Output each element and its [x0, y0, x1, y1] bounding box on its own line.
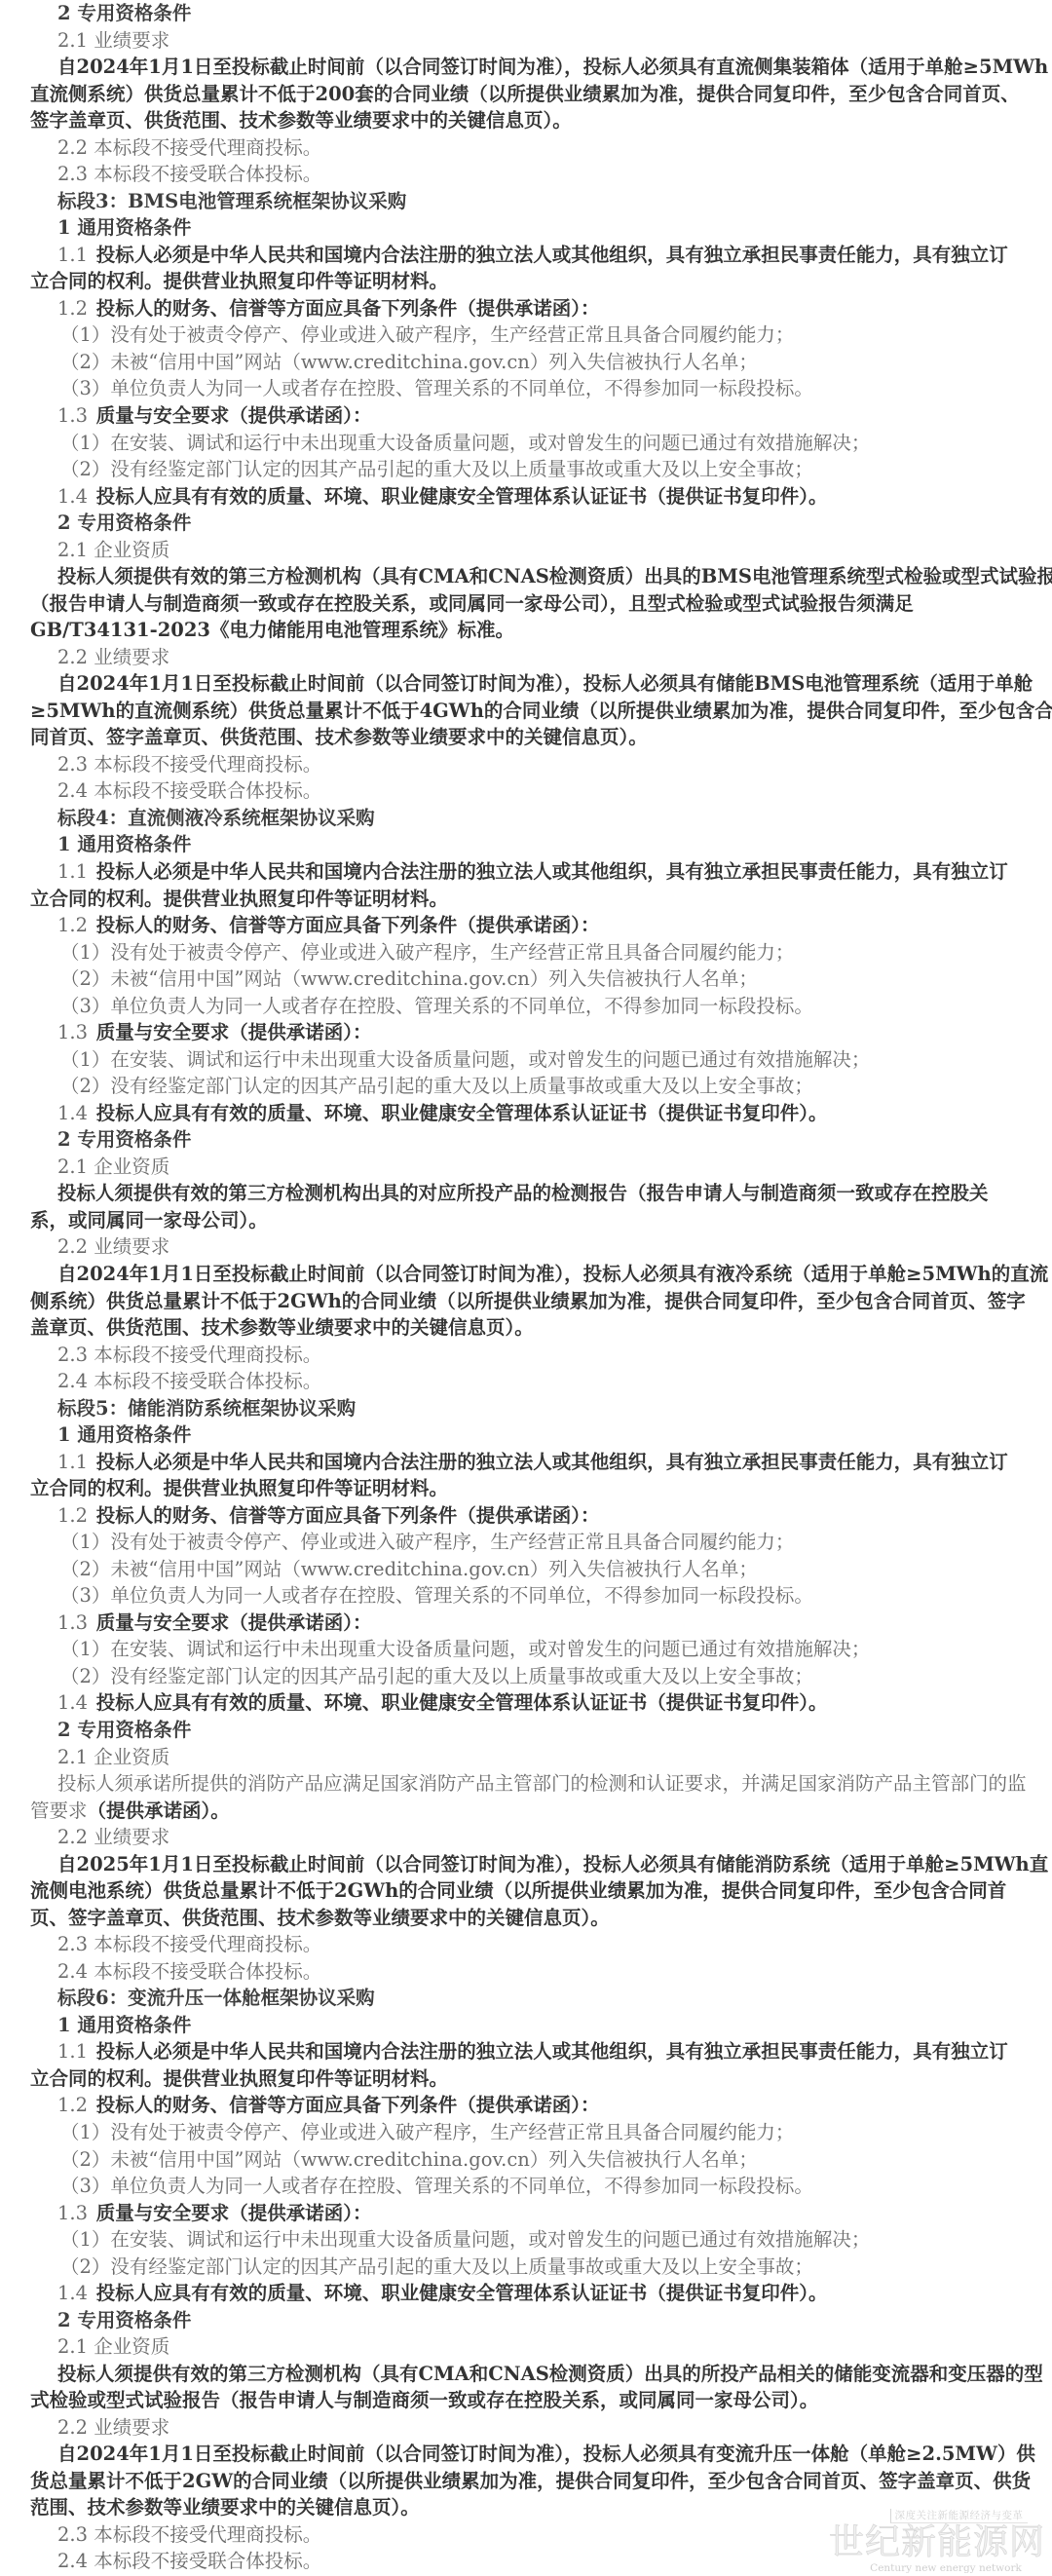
no-consortium-clause: 2.4 本标段不接受联合体投标。 — [0, 777, 1052, 805]
qualification-text-continued: （报告申请人与制造商须一致或存在控股关系，或同属同一家母公司），且型式检验或型式… — [0, 590, 1052, 618]
clause-text: 投标人的财务、信誉等方面应具备下列条件（提供承诺函）： — [96, 297, 600, 320]
clause-text: 投标人必须是中华人民共和国境内合法注册的独立法人或其他组织，具有独立承担民事责任… — [96, 244, 1008, 266]
special-qualifications-heading: 2 专用资格条件 — [0, 1126, 1052, 1154]
lot-title: 标段4：直流侧液冷系统框架协议采购 — [0, 805, 1052, 832]
lot2-tail-section: 2 专用资格条件 2.1 业绩要求 自2024年1月1日至投标截止时间前（以合同… — [0, 0, 1052, 188]
certification-clause: 1.4投标人应具有有效的质量、环境、职业健康安全管理体系认证证书（提供证书复印件… — [0, 1100, 1052, 1127]
clause-text: 投标人应具有有效的质量、环境、职业健康安全管理体系认证证书（提供证书复印件）。 — [96, 485, 828, 508]
clause-text: 投标人必须是中华人民共和国境内合法注册的独立法人或其他组织，具有独立承担民事责任… — [96, 860, 1008, 883]
list-item: （1）没有处于被责令停产、停业或进入破产程序，生产经营正常且具备合同履约能力； — [0, 1529, 1052, 1556]
list-item: （2）未被“信用中国”网站（www.creditchina.gov.cn）列入失… — [0, 2146, 1052, 2174]
performance-text-continued: ≥5MWh的直流侧系统）供货总量累计不低于4GWh的合同业绩（以所提供业绩累加为… — [0, 698, 1052, 725]
clause-number: 1.2 — [57, 297, 88, 320]
qualification-text-tail: 管要求 — [30, 1799, 88, 1822]
special-qualifications-heading: 2 专用资格条件 — [0, 2307, 1052, 2334]
general-qualifications-heading: 1 通用资格条件 — [0, 1421, 1052, 1449]
qualification-text-continued: 式检验或型式试验报告（报告申请人与制造商须一致或存在控股关系，或同属同一家母公司… — [0, 2387, 1052, 2414]
performance-text-continued: 直流侧系统）供货总量累计不低于200套的合同业绩（以所提供业绩累加为准，提供合同… — [0, 81, 1052, 108]
list-item: （2）没有经鉴定部门认定的因其产品引起的重大及以上质量事故或重大及以上安全事故； — [0, 456, 1052, 483]
list-item: （1）在安装、调试和运行中未出现重大设备质量问题，或对曾发生的问题已通过有效措施… — [0, 2226, 1052, 2254]
finance-credit-clause: 1.2投标人的财务、信誉等方面应具备下列条件（提供承诺函）： — [0, 2092, 1052, 2119]
clause-text: 投标人的财务、信誉等方面应具备下列条件（提供承诺函）： — [96, 914, 600, 936]
lot-title: 标段6：变流升压一体舱框架协议采购 — [0, 1985, 1052, 2012]
legal-entity-clause: 1.1投标人必须是中华人民共和国境内合法注册的独立法人或其他组织，具有独立承担民… — [0, 1449, 1052, 1476]
qualification-text: 投标人须提供有效的第三方检测机构（具有CMA和CNAS检测资质）出具的所投产品相… — [0, 2361, 1052, 2388]
certification-clause: 1.4投标人应具有有效的质量、环境、职业健康安全管理体系认证证书（提供证书复印件… — [0, 2280, 1052, 2307]
list-item: （1）没有处于被责令停产、停业或进入破产程序，生产经营正常且具备合同履约能力； — [0, 322, 1052, 349]
clause-number: 1.3 — [57, 1611, 88, 1634]
special-qualifications-heading: 2 专用资格条件 — [0, 510, 1052, 537]
clause-number: 1.4 — [57, 2282, 88, 2304]
list-item: （2）没有经鉴定部门认定的因其产品引起的重大及以上质量事故或重大及以上安全事故； — [0, 1073, 1052, 1100]
performance-text-continued: 流侧电池系统）供货总量累计不低于2GWh的合同业绩（以所提供业绩累加为准，提供合… — [0, 1877, 1052, 1905]
performance-title: 2.2 业绩要求 — [0, 644, 1052, 671]
special-qualifications-heading: 2 专用资格条件 — [0, 1717, 1052, 1744]
qualification-text-continued: GB/T34131-2023《电力储能用电池管理系统》标准。 — [0, 617, 1052, 644]
performance-text-continued: 页、签字盖章页、供货范围、技术参数等业绩要求中的关键信息页）。 — [0, 1905, 1052, 1932]
enterprise-qualification-title: 2.1 企业资质 — [0, 1744, 1052, 1771]
finance-credit-clause: 1.2投标人的财务、信誉等方面应具备下列条件（提供承诺函）： — [0, 1502, 1052, 1530]
clause-text: 质量与安全要求（提供承诺函）： — [96, 404, 372, 427]
clause-text-continued: 立合同的权利。提供营业执照复印件等证明材料。 — [0, 268, 1052, 295]
qualification-text: 投标人须提供有效的第三方检测机构（具有CMA和CNAS检测资质）出具的BMS电池… — [0, 563, 1052, 590]
performance-text-continued: 签字盖章页、供货范围、技术参数等业绩要求中的关键信息页）。 — [0, 107, 1052, 134]
lot-section-5: 标段5：储能消防系统框架协议采购 1 通用资格条件 1.1投标人必须是中华人民共… — [0, 1395, 1052, 1986]
qualification-text-continued: 管要求（提供承诺函）。 — [0, 1798, 1052, 1825]
quality-safety-clause: 1.3质量与安全要求（提供承诺函）： — [0, 1610, 1052, 1637]
performance-text: 自2024年1月1日至投标截止时间前（以合同签订时间为准），投标人必须具有直流侧… — [0, 54, 1052, 81]
performance-text: 自2025年1月1日至投标截止时间前（以合同签订时间为准），投标人必须具有储能消… — [0, 1851, 1052, 1878]
list-item: （2）没有经鉴定部门认定的因其产品引起的重大及以上质量事故或重大及以上安全事故； — [0, 2254, 1052, 2281]
list-item: （3）单位负责人为同一人或者存在控股、管理关系的不同单位，不得参加同一标段投标。 — [0, 1582, 1052, 1610]
performance-text: 自2024年1月1日至投标截止时间前（以合同签订时间为准），投标人必须具有储能B… — [0, 670, 1052, 698]
lot-title: 标段3：BMS电池管理系统框架协议采购 — [0, 188, 1052, 215]
list-item: （2）未被“信用中国”网站（www.creditchina.gov.cn）列入失… — [0, 966, 1052, 993]
finance-credit-clause: 1.2投标人的财务、信誉等方面应具备下列条件（提供承诺函）： — [0, 295, 1052, 322]
general-qualifications-heading: 1 通用资格条件 — [0, 214, 1052, 242]
list-item: （2）没有经鉴定部门认定的因其产品引起的重大及以上质量事故或重大及以上安全事故； — [0, 1663, 1052, 1690]
clause-number: 1.3 — [57, 2202, 88, 2224]
clause-text: 质量与安全要求（提供承诺函）： — [96, 1021, 372, 1043]
list-item: （1）在安装、调试和运行中未出现重大设备质量问题，或对曾发生的问题已通过有效措施… — [0, 1636, 1052, 1663]
clause-number: 1.1 — [57, 2040, 88, 2063]
list-item: （1）没有处于被责令停产、停业或进入破产程序，生产经营正常且具备合同履约能力； — [0, 2119, 1052, 2146]
commitment-letter-note: （提供承诺函）。 — [88, 1799, 230, 1822]
performance-text-continued: 范围、技术参数等业绩要求中的关键信息页）。 — [0, 2494, 1052, 2521]
lot-title: 标段5：储能消防系统框架协议采购 — [0, 1395, 1052, 1422]
no-agent-clause: 2.3 本标段不接受代理商投标。 — [0, 1342, 1052, 1369]
no-consortium-clause: 2.4 本标段不接受联合体投标。 — [0, 2548, 1052, 2575]
no-agent-clause: 2.2 本标段不接受代理商投标。 — [0, 134, 1052, 162]
certification-clause: 1.4投标人应具有有效的质量、环境、职业健康安全管理体系认证证书（提供证书复印件… — [0, 1689, 1052, 1717]
quality-safety-clause: 1.3质量与安全要求（提供承诺函）： — [0, 1019, 1052, 1046]
clause-text-continued: 立合同的权利。提供营业执照复印件等证明材料。 — [0, 2065, 1052, 2093]
list-item: （3）单位负责人为同一人或者存在控股、管理关系的不同单位，不得参加同一标段投标。 — [0, 375, 1052, 402]
qualification-text: 投标人须承诺所提供的消防产品应满足国家消防产品主管部门的检测和认证要求，并满足国… — [0, 1770, 1052, 1798]
lot-section-4: 标段4：直流侧液冷系统框架协议采购 1 通用资格条件 1.1投标人必须是中华人民… — [0, 805, 1052, 1395]
legal-entity-clause: 1.1投标人必须是中华人民共和国境内合法注册的独立法人或其他组织，具有独立承担民… — [0, 858, 1052, 886]
performance-title: 2.2 业绩要求 — [0, 1233, 1052, 1261]
performance-text-continued: 侧系统）供货总量累计不低于2GWh的合同业绩（以所提供业绩累加为准，提供合同复印… — [0, 1288, 1052, 1315]
performance-text: 自2024年1月1日至投标截止时间前（以合同签订时间为准），投标人必须具有液冷系… — [0, 1261, 1052, 1288]
lot-section-3: 标段3：BMS电池管理系统框架协议采购 1 通用资格条件 1.1投标人必须是中华… — [0, 188, 1052, 805]
certification-clause: 1.4投标人应具有有效的质量、环境、职业健康安全管理体系认证证书（提供证书复印件… — [0, 483, 1052, 511]
clause-text: 投标人应具有有效的质量、环境、职业健康安全管理体系认证证书（提供证书复印件）。 — [96, 2282, 828, 2304]
list-item: （1）在安装、调试和运行中未出现重大设备质量问题，或对曾发生的问题已通过有效措施… — [0, 430, 1052, 457]
special-qualifications-heading: 2 专用资格条件 — [0, 0, 1052, 27]
list-item: （1）在安装、调试和运行中未出现重大设备质量问题，或对曾发生的问题已通过有效措施… — [0, 1046, 1052, 1074]
no-consortium-clause: 2.4 本标段不接受联合体投标。 — [0, 1958, 1052, 1986]
clause-number: 1.2 — [57, 2094, 88, 2116]
list-item: （3）单位负责人为同一人或者存在控股、管理关系的不同单位，不得参加同一标段投标。 — [0, 2173, 1052, 2200]
clause-number: 1.3 — [57, 404, 88, 427]
clause-number: 1.1 — [57, 860, 88, 883]
performance-text-continued: 盖章页、供货范围、技术参数等业绩要求中的关键信息页）。 — [0, 1314, 1052, 1342]
performance-title: 2.2 业绩要求 — [0, 2414, 1052, 2442]
clause-text-continued: 立合同的权利。提供营业执照复印件等证明材料。 — [0, 1475, 1052, 1502]
clause-text: 投标人必须是中华人民共和国境内合法注册的独立法人或其他组织，具有独立承担民事责任… — [96, 1451, 1008, 1473]
performance-title: 2.2 业绩要求 — [0, 1824, 1052, 1851]
enterprise-qualification-title: 2.1 企业资质 — [0, 1154, 1052, 1181]
clause-text: 投标人的财务、信誉等方面应具备下列条件（提供承诺函）： — [96, 2094, 600, 2116]
clause-text: 投标人应具有有效的质量、环境、职业健康安全管理体系认证证书（提供证书复印件）。 — [96, 1102, 828, 1124]
no-agent-clause: 2.3 本标段不接受代理商投标。 — [0, 2521, 1052, 2549]
clause-number: 1.2 — [57, 914, 88, 936]
document-body: 2 专用资格条件 2.1 业绩要求 自2024年1月1日至投标截止时间前（以合同… — [0, 0, 1052, 2575]
performance-text-continued: 同首页、签字盖章页、供货范围、技术参数等业绩要求中的关键信息页）。 — [0, 724, 1052, 751]
qualification-text-continued: 系，或同属同一家母公司）。 — [0, 1207, 1052, 1234]
clause-text: 投标人的财务、信誉等方面应具备下列条件（提供承诺函）： — [96, 1504, 600, 1527]
lot-section-6: 标段6：变流升压一体舱框架协议采购 1 通用资格条件 1.1投标人必须是中华人民… — [0, 1985, 1052, 2575]
finance-credit-clause: 1.2投标人的财务、信誉等方面应具备下列条件（提供承诺函）： — [0, 912, 1052, 939]
clause-text-continued: 立合同的权利。提供营业执照复印件等证明材料。 — [0, 886, 1052, 913]
clause-text: 投标人应具有有效的质量、环境、职业健康安全管理体系认证证书（提供证书复印件）。 — [96, 1691, 828, 1714]
list-item: （3）单位负责人为同一人或者存在控股、管理关系的不同单位，不得参加同一标段投标。 — [0, 993, 1052, 1020]
legal-entity-clause: 1.1投标人必须是中华人民共和国境内合法注册的独立法人或其他组织，具有独立承担民… — [0, 242, 1052, 269]
enterprise-qualification-title: 2.1 企业资质 — [0, 537, 1052, 564]
legal-entity-clause: 1.1投标人必须是中华人民共和国境内合法注册的独立法人或其他组织，具有独立承担民… — [0, 2038, 1052, 2065]
list-item: （2）未被“信用中国”网站（www.creditchina.gov.cn）列入失… — [0, 1556, 1052, 1583]
performance-text-continued: 货总量累计不低于2GW的合同业绩（以所提供业绩累加为准，提供合同复印件，至少包含… — [0, 2468, 1052, 2495]
clause-number: 1.4 — [57, 1691, 88, 1714]
clause-number: 1.4 — [57, 1102, 88, 1124]
no-agent-clause: 2.3 本标段不接受代理商投标。 — [0, 751, 1052, 778]
general-qualifications-heading: 1 通用资格条件 — [0, 2012, 1052, 2039]
enterprise-qualification-title: 2.1 企业资质 — [0, 2333, 1052, 2361]
clause-number: 1.4 — [57, 485, 88, 508]
list-item: （1）没有处于被责令停产、停业或进入破产程序，生产经营正常且具备合同履约能力； — [0, 939, 1052, 966]
list-item: （2）未被“信用中国”网站（www.creditchina.gov.cn）列入失… — [0, 349, 1052, 376]
clause-number: 1.1 — [57, 1451, 88, 1473]
clause-text: 投标人必须是中华人民共和国境内合法注册的独立法人或其他组织，具有独立承担民事责任… — [96, 2040, 1008, 2063]
no-consortium-clause: 2.3 本标段不接受联合体投标。 — [0, 161, 1052, 188]
clause-number: 1.2 — [57, 1504, 88, 1527]
clause-text: 质量与安全要求（提供承诺函）： — [96, 1611, 372, 1634]
no-agent-clause: 2.3 本标段不接受代理商投标。 — [0, 1931, 1052, 1958]
general-qualifications-heading: 1 通用资格条件 — [0, 831, 1052, 858]
clause-number: 1.1 — [57, 244, 88, 266]
quality-safety-clause: 1.3质量与安全要求（提供承诺函）： — [0, 2200, 1052, 2227]
no-consortium-clause: 2.4 本标段不接受联合体投标。 — [0, 1368, 1052, 1395]
qualification-text: 投标人须提供有效的第三方检测机构出具的对应所投产品的检测报告（报告申请人与制造商… — [0, 1180, 1052, 1207]
performance-text: 自2024年1月1日至投标截止时间前（以合同签订时间为准），投标人必须具有变流升… — [0, 2441, 1052, 2468]
clause-number: 1.3 — [57, 1021, 88, 1043]
quality-safety-clause: 1.3质量与安全要求（提供承诺函）： — [0, 402, 1052, 430]
performance-title: 2.1 业绩要求 — [0, 27, 1052, 55]
clause-text: 质量与安全要求（提供承诺函）： — [96, 2202, 372, 2224]
